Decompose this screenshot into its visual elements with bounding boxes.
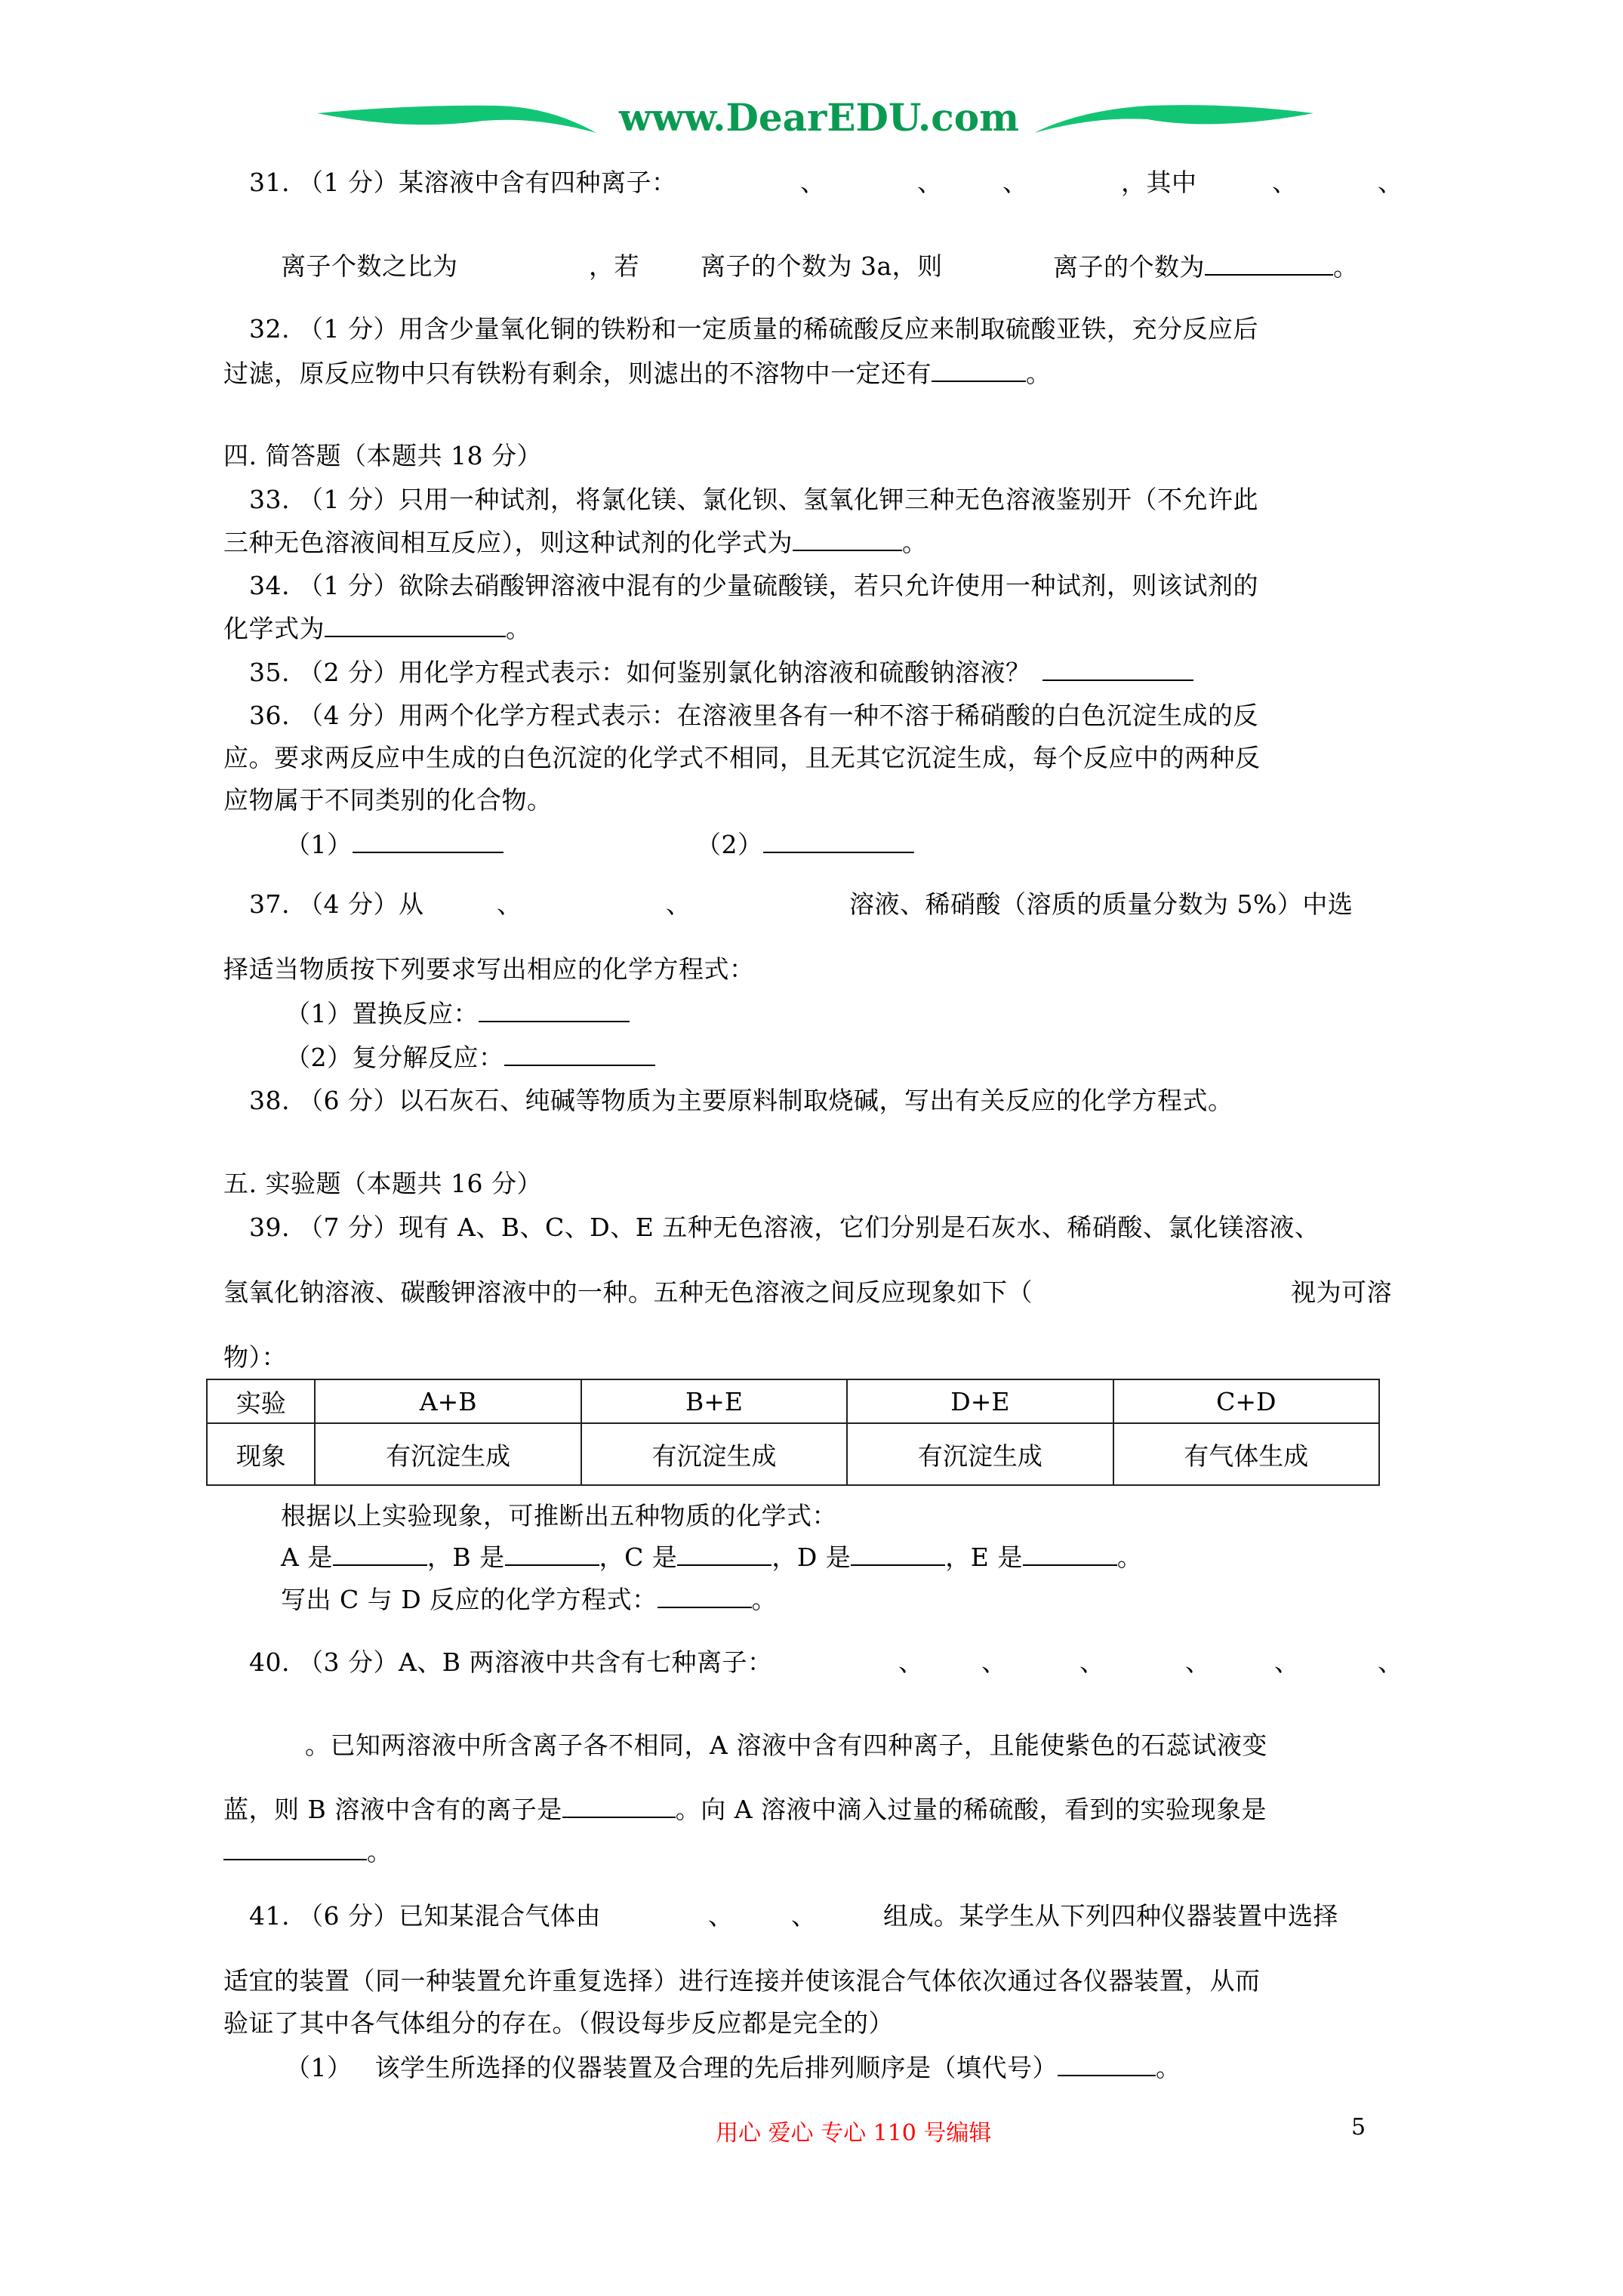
q39-answer-line: A 是，B 是，C 是，D 是，E 是。 xyxy=(281,1542,1142,1573)
q37-sep: 、 xyxy=(497,889,522,920)
answer-blank[interactable] xyxy=(1205,251,1333,276)
q36-sub-2: （2） xyxy=(696,829,914,860)
q41-sub-1: （1）该学生所选择的仪器装置及合理的先后排列顺序是（填代号）。 xyxy=(285,2052,1181,2083)
question-37-line-1b: 溶液、稀硝酸（溶质的质量分数为 5%）中选 xyxy=(849,889,1353,920)
table-cell: B+E xyxy=(581,1379,847,1423)
answer-blank[interactable] xyxy=(763,829,914,853)
question-41-line-1a: 41. （6 分）已知某混合气体由 xyxy=(249,1901,601,1931)
q36-sub-1: （1） xyxy=(285,829,504,860)
q40-sep: 、 xyxy=(1378,1647,1403,1678)
question-37-line-2: 择适当物质按下列要求写出相应的化学方程式： xyxy=(223,954,755,985)
table-cell: 有沉淀生成 xyxy=(315,1423,581,1485)
table-cell: 有气体生成 xyxy=(1113,1423,1379,1485)
section-4-title: 四. 简答题（本题共 18 分） xyxy=(223,441,542,471)
question-39-line-3: 物）： xyxy=(223,1342,287,1373)
answer-blank-b[interactable] xyxy=(505,1542,599,1566)
answer-blank[interactable] xyxy=(658,1584,752,1608)
answer-blank[interactable] xyxy=(479,998,630,1022)
header-banner: www.DearEDU.com xyxy=(310,97,1321,142)
question-32-line-1: 32. （1 分）用含少量氧化铜的铁粉和一定质量的稀硫酸反应来制取硫酸亚铁，充分… xyxy=(249,314,1258,344)
q31-sep: 、 xyxy=(1002,168,1028,198)
question-36-line-2: 应。要求两反应中生成的白色沉淀的化学式不相同，且无其它沉淀生成，每个反应中的两种… xyxy=(223,743,1261,773)
q31-sep: 、 xyxy=(917,168,943,198)
question-39-line-2a: 氢氧化钠溶液、碳酸钾溶液中的一种。五种无色溶液之间反应现象如下（ xyxy=(223,1277,1033,1308)
question-37-line-1a: 37. （4 分）从 xyxy=(249,889,423,920)
answer-blank[interactable] xyxy=(1058,2052,1156,2076)
table-row: 现象 有沉淀生成 有沉淀生成 有沉淀生成 有气体生成 xyxy=(207,1423,1379,1485)
question-32-line-2: 过滤，原反应物中只有铁粉有剩余，则滤出的不溶物中一定还有。 xyxy=(223,358,1052,389)
table-cell: 实验 xyxy=(207,1379,315,1423)
q31-line-2b: ，若 xyxy=(589,251,639,282)
q31-sep: 、 xyxy=(1272,168,1298,198)
q37-sep: 、 xyxy=(666,889,691,920)
q31-sep: ，其中 xyxy=(1121,168,1197,198)
answer-blank-c[interactable] xyxy=(677,1542,771,1566)
question-40-line-2: 。已知两溶液中所含离子各不相同，A 溶液中含有四种离子，且能使紫色的石蕊试液变 xyxy=(305,1730,1267,1761)
q37-sub-1: （1）置换反应： xyxy=(285,998,630,1029)
question-41-line-1b: 组成。某学生从下列四种仪器装置中选择 xyxy=(883,1901,1338,1931)
q37-sub-2: （2）复分解反应： xyxy=(285,1042,655,1073)
question-39-line-2b: 视为可溶 xyxy=(1291,1277,1392,1308)
question-40-line-3: 蓝，则 B 溶液中含有的离子是。向 A 溶液中滴入过量的稀硫酸，看到的实验现象是 xyxy=(223,1794,1267,1825)
answer-blank[interactable] xyxy=(793,527,902,551)
q40-sep: 、 xyxy=(1079,1647,1105,1678)
table-cell: 现象 xyxy=(207,1423,315,1485)
answer-blank[interactable] xyxy=(1042,657,1193,681)
question-34-line-2: 化学式为。 xyxy=(223,613,531,644)
q31-line-2d: 离子的个数为。 xyxy=(1053,251,1359,282)
q39-equation-line: 写出 C 与 D 反应的化学方程式：。 xyxy=(281,1584,777,1615)
footer-slogan: 用心 爱心 专心 110 号编辑 xyxy=(716,2114,991,2147)
table-cell: A+B xyxy=(315,1379,581,1423)
answer-blank[interactable] xyxy=(353,829,504,853)
q40-sep: 、 xyxy=(981,1647,1007,1678)
question-41-line-3: 验证了其中各气体组分的存在。（假设每步反应都是完全的） xyxy=(223,2008,894,2039)
question-39-line-1: 39. （7 分）现有 A、B、C、D、E 五种无色溶液，它们分别是石灰水、稀硝… xyxy=(249,1213,1320,1243)
answer-blank-d[interactable] xyxy=(851,1542,945,1566)
table-header-row: 实验 A+B B+E D+E C+D xyxy=(207,1379,1379,1423)
question-38-line-1: 38. （6 分）以石灰石、纯碱等物质为主要原料制取烧碱，写出有关反应的化学方程… xyxy=(249,1086,1233,1116)
question-41-line-2: 适宜的装置（同一种装置允许重复选择）进行连接并使该混合气体依次通过各仪器装置，从… xyxy=(223,1966,1261,1996)
table-cell: C+D xyxy=(1113,1379,1379,1423)
table-cell: 有沉淀生成 xyxy=(847,1423,1113,1485)
q31-line-2a: 离子个数之比为 xyxy=(281,251,458,282)
q31-line-2c: 离子的个数为 3a，则 xyxy=(701,251,943,282)
q40-sep: 、 xyxy=(898,1647,924,1678)
question-36-line-1: 36. （4 分）用两个化学方程式表示：在溶液里各有一种不溶于稀硝酸的白色沉淀生… xyxy=(249,701,1258,731)
q39-inference-line: 根据以上实验现象，可推断出五种物质的化学式： xyxy=(281,1501,837,1531)
answer-blank-a[interactable] xyxy=(333,1542,427,1566)
table-cell: 有沉淀生成 xyxy=(581,1423,847,1485)
question-33-line-2: 三种无色溶液间相互反应），则这种试剂的化学式为。 xyxy=(223,527,928,558)
question-40-line-4: 。 xyxy=(223,1836,393,1867)
question-33-line-1: 33. （1 分）只用一种试剂，将氯化镁、氯化钡、氢氧化钾三种无色溶液鉴别开（不… xyxy=(249,485,1258,515)
question-31-line-1: 31. （1 分）某溶液中含有四种离子： xyxy=(249,168,676,198)
answer-blank[interactable] xyxy=(504,1042,655,1066)
experiment-results-table: 实验 A+B B+E D+E C+D 现象 有沉淀生成 有沉淀生成 有沉淀生成 … xyxy=(206,1379,1380,1486)
question-35-line-1: 35. （2 分）用化学方程式表示：如何鉴别氯化钠溶液和硫酸钠溶液？ xyxy=(249,657,1193,688)
q41-sep: 、 xyxy=(791,1901,817,1931)
answer-blank[interactable] xyxy=(562,1794,676,1818)
answer-blank[interactable] xyxy=(223,1836,367,1860)
answer-blank-e[interactable] xyxy=(1023,1542,1117,1566)
q40-sep: 、 xyxy=(1274,1647,1300,1678)
table-cell: D+E xyxy=(847,1379,1113,1423)
answer-blank[interactable] xyxy=(932,358,1026,382)
page-number: 5 xyxy=(1351,2114,1366,2140)
answer-blank[interactable] xyxy=(325,613,506,637)
question-40-line-1: 40. （3 分）A、B 两溶液中共含有七种离子： xyxy=(249,1647,773,1678)
question-36-line-3: 应物属于不同类别的化合物。 xyxy=(223,785,553,815)
site-logo-text: www.DearEDU.com xyxy=(608,95,1030,140)
q31-sep: 、 xyxy=(800,168,826,198)
question-34-line-1: 34. （1 分）欲除去硝酸钾溶液中混有的少量硫酸镁，若只允许使用一种试剂，则该… xyxy=(249,571,1258,601)
q41-sep: 、 xyxy=(708,1901,734,1931)
q31-sep: 、 xyxy=(1378,168,1403,198)
q40-sep: 、 xyxy=(1185,1647,1211,1678)
section-5-title: 五. 实验题（本题共 16 分） xyxy=(223,1169,542,1199)
